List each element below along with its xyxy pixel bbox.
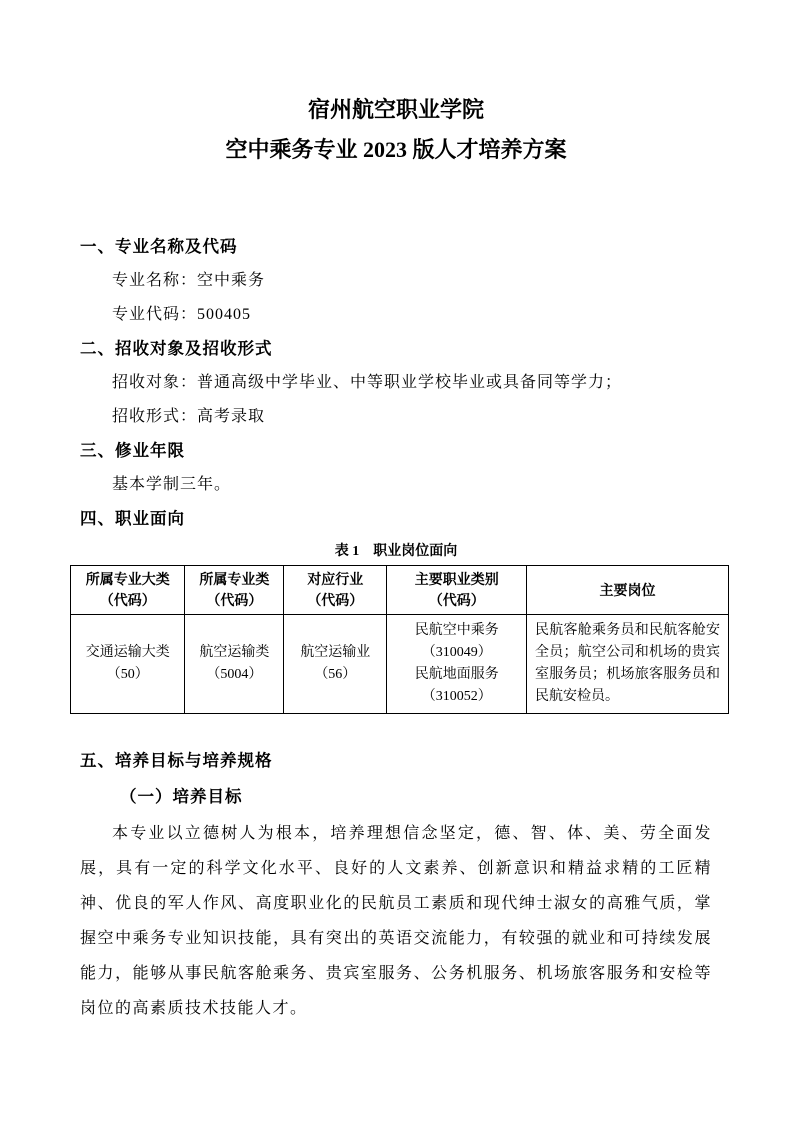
table-row: 交通运输大类 （50） 航空运输类 （5004） 航空运输业 （56） 民航空中… [71,615,729,714]
section-5: 五、培养目标与培养规格 （一）培养目标 本专业以立德树人为根本，培养理想信念坚定… [80,744,712,1026]
header-occupation-category: 主要职业类别 （代码） [387,566,526,615]
major-code-line: 专业代码：500405 [80,298,712,332]
admission-form-line: 招收形式：高考录取 [80,400,712,434]
document-page: 宿州航空职业学院 空中乘务专业 2023 版人才培养方案 一、专业名称及代码 专… [0,0,793,1122]
admission-target-line: 招收对象：普通高级中学毕业、中等职业学校毕业或具备同等学力； [80,366,712,400]
header-major-class: 所属专业类 （代码） [185,566,284,615]
section-4-heading: 四、职业面向 [80,502,712,536]
document-title: 宿州航空职业学院 空中乘务专业 2023 版人才培养方案 [80,90,712,170]
section-5-heading: 五、培养目标与培养规格 [80,744,712,778]
title-line-1: 宿州航空职业学院 [80,90,712,130]
table-1-caption: 表 1 职业岗位面向 [80,542,712,562]
title-line-2: 空中乘务专业 2023 版人才培养方案 [80,130,712,170]
career-orientation-table: 所属专业大类 （代码） 所属专业类 （代码） 对应行业 （代码） 主要职业类别 … [70,565,729,714]
section-5-subheading: （一）培养目标 [80,780,712,815]
cell-major-class: 航空运输类 （5004） [185,615,284,714]
section-3-heading: 三、修业年限 [80,434,712,468]
cell-major-category: 交通运输大类 （50） [71,615,185,714]
cell-main-positions: 民航客舱乘务员和民航客舱安全员；航空公司和机场的贵宾室服务员；机场旅客服务员和民… [526,615,728,714]
section-1-heading: 一、专业名称及代码 [80,230,712,264]
header-major-category: 所属专业大类 （代码） [71,566,185,615]
section-2-heading: 二、招收对象及招收形式 [80,332,712,366]
training-objective-paragraph: 本专业以立德树人为根本，培养理想信念坚定，德、智、体、美、劳全面发展，具有一定的… [80,816,712,1026]
major-name-line: 专业名称：空中乘务 [80,264,712,298]
table-header-row: 所属专业大类 （代码） 所属专业类 （代码） 对应行业 （代码） 主要职业类别 … [71,566,729,615]
cell-occupation-category: 民航空中乘务 （310049） 民航地面服务 （310052） [387,615,526,714]
study-duration-line: 基本学制三年。 [80,468,712,502]
header-industry: 对应行业 （代码） [284,566,387,615]
document-body: 一、专业名称及代码 专业名称：空中乘务 专业代码：500405 二、招收对象及招… [80,230,712,1026]
header-main-positions: 主要岗位 [526,566,728,615]
cell-industry: 航空运输业 （56） [284,615,387,714]
